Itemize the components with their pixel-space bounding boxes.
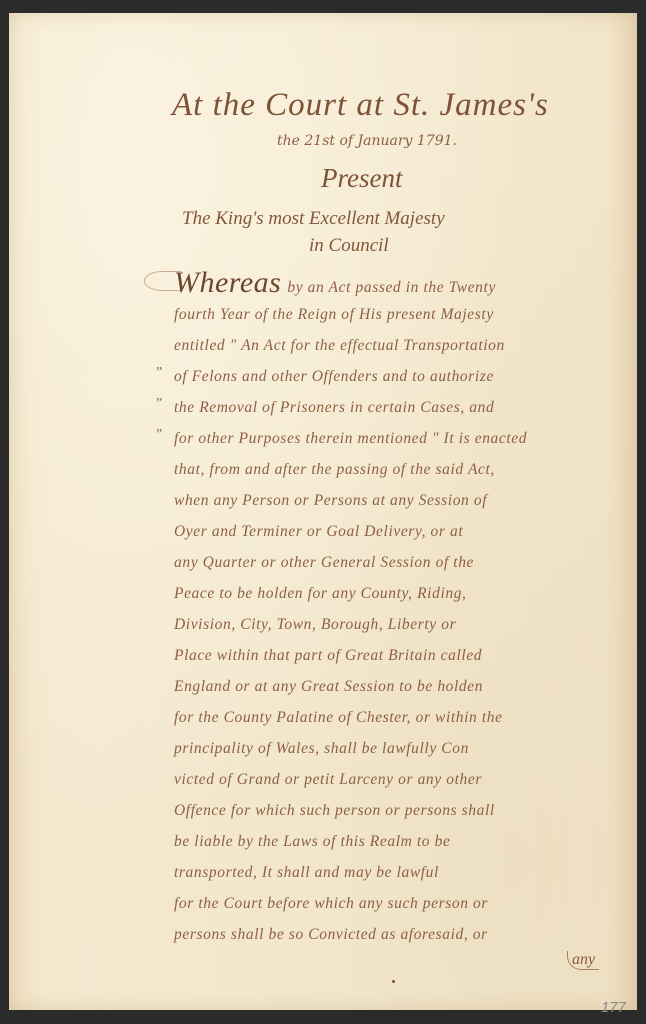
body-line-3: entitled " An Act for the effectual Tran… xyxy=(174,337,505,355)
body-line-13: Place within that part of Great Britain … xyxy=(174,647,482,665)
body-line-5: the Removal of Prisoners in certain Case… xyxy=(174,399,494,417)
body-line-16: principality of Wales, shall be lawfully… xyxy=(174,740,469,758)
body-line-8: when any Person or Persons at any Sessio… xyxy=(174,492,487,510)
opening-word: Whereas xyxy=(174,266,281,299)
margin-quote-mark: ” xyxy=(156,365,162,381)
body-line-12: Division, City, Town, Borough, Liberty o… xyxy=(174,616,456,634)
body-line-11: Peace to be holden for any County, Ridin… xyxy=(174,585,467,603)
body-line-4: of Felons and other Offenders and to aut… xyxy=(174,368,494,386)
body-line-9: Oyer and Terminer or Goal Delivery, or a… xyxy=(174,523,463,541)
folio-number: 177 xyxy=(601,999,626,1016)
body-line-15: for the County Palatine of Chester, or w… xyxy=(174,709,503,727)
manuscript-page: At the Court at St. James's the 21st of … xyxy=(9,13,637,1010)
body-line-21: for the Court before which any such pers… xyxy=(174,895,488,913)
margin-quote-mark: ” xyxy=(156,427,162,443)
body-line-7: that, from and after the passing of the … xyxy=(174,461,495,479)
body-line-10: any Quarter or other General Session of … xyxy=(174,554,474,572)
margin-quote-mark: ” xyxy=(156,396,162,412)
body-line-22: persons shall be so Convicted as aforesa… xyxy=(174,926,488,944)
body-line-text: by an Act passed in the Twenty xyxy=(287,279,496,296)
body-line-2: fourth Year of the Reign of His present … xyxy=(174,306,494,324)
body-line-17: victed of Grand or petit Larceny or any … xyxy=(174,771,482,789)
document-body: Whereasby an Act passed in the Twenty fo… xyxy=(9,13,637,1010)
body-line-6: for other Purposes therein mentioned " I… xyxy=(174,430,527,448)
body-line-1: Whereasby an Act passed in the Twenty xyxy=(174,266,496,300)
body-line-18: Offence for which such person or persons… xyxy=(174,802,495,820)
body-line-20: transported, It shall and may be lawful xyxy=(174,864,439,882)
ink-spot xyxy=(392,980,395,983)
body-line-14: England or at any Great Session to be ho… xyxy=(174,678,483,696)
body-line-19: be liable by the Laws of this Realm to b… xyxy=(174,833,450,851)
catchword: any xyxy=(567,951,599,970)
